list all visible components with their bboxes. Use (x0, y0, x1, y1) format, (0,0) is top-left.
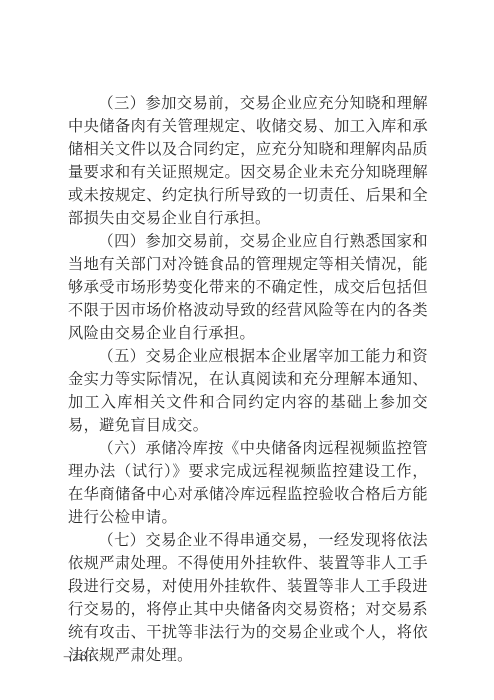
paragraph-7: （七）交易企业不得串通交易，一经发现将依法依规严肃处理。不得使用外挂软件、装置等… (68, 529, 428, 667)
page-number: – 16 – (0, 648, 160, 664)
paragraph-4: （四）参加交易前，交易企业应自行熟悉国家和当地有关部门对冷链食品的管理规定等相关… (68, 230, 428, 345)
paragraph-5: （五）交易企业应根据本企业屠宰加工能力和资金实力等实际情况，在认真阅读和充分理解… (68, 345, 428, 437)
paragraph-6: （六）承储冷库按《中央储备肉远程视频监控管理办法（试行）》要求完成远程视频监控建… (68, 437, 428, 529)
paragraph-3: （三）参加交易前，交易企业应充分知晓和理解中央储备肉有关管理规定、收储交易、加工… (68, 92, 428, 230)
document-body: （三）参加交易前，交易企业应充分知晓和理解中央储备肉有关管理规定、收储交易、加工… (68, 92, 428, 667)
